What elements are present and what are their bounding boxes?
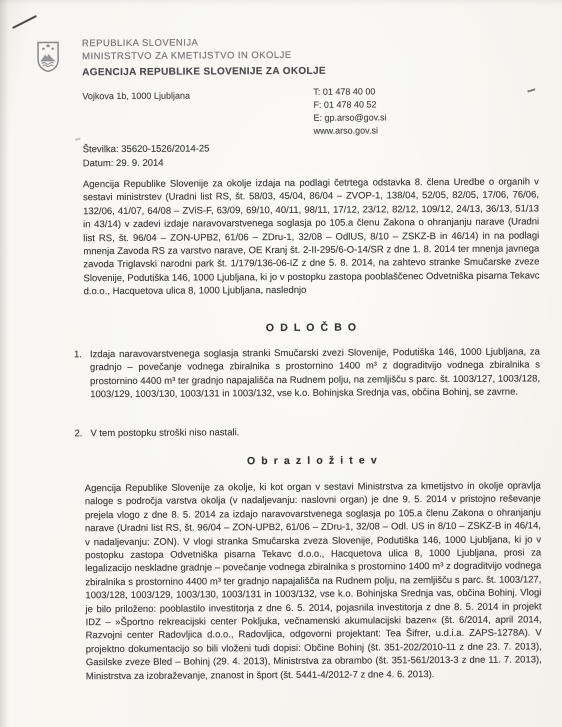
letterhead: REPUBLIKA SLOVENIJA MINISTRSTVO ZA KMETI… — [82, 37, 326, 78]
scanned-document-page: REPUBLIKA SLOVENIJA MINISTRSTVO ZA KMETI… — [0, 0, 562, 727]
contact-fax: F: 01 478 40 52 — [313, 98, 386, 111]
document-date: Datum: 29. 9. 2014 — [83, 156, 210, 170]
explanation-heading: O b r a z l o ž i t e v — [85, 453, 541, 468]
document-content: REPUBLIKA SLOVENIJA MINISTRSTVO ZA KMETI… — [0, 0, 562, 727]
decision-item-1-number: 1. — [74, 348, 90, 402]
decision-item-2-text: V tem postopku stroški niso nastali. — [90, 424, 540, 440]
agency-address: Vojkova 1b, 1000 Ljubljana — [82, 91, 190, 102]
decision-item-1-text: Izdaja naravovarstvenega soglasja strank… — [90, 345, 540, 401]
explanation-paragraph: Agencija Republike Slovenije za okolje, … — [85, 479, 542, 683]
slovenia-coat-of-arms-icon — [35, 40, 61, 72]
document-number: Številka: 35620-1526/2014-25 — [83, 142, 210, 156]
intro-paragraph: Agencija Republike Slovenije za okolje i… — [83, 175, 540, 298]
scan-smudge-artifact — [74, 138, 80, 141]
contact-phone: T: 01 478 40 00 — [313, 85, 386, 98]
decision-item-1: 1. Izdaja naravovarstvenega soglasja str… — [74, 345, 540, 401]
agency-title: AGENCIJA REPUBLIKE SLOVENIJE ZA OKOLJE — [82, 66, 326, 78]
decision-item-2: 2. V tem postopku stroški niso nastali. — [74, 424, 540, 440]
contact-website: www.arso.gov.si — [314, 124, 387, 137]
scan-dash-artifact — [527, 88, 535, 92]
contact-block: T: 01 478 40 00 F: 01 478 40 52 E: gp.ar… — [313, 85, 386, 137]
contact-email: E: gp.arso@gov.si — [313, 111, 386, 124]
ministry-title: MINISTRSTVO ZA KMETIJSTVO IN OKOLJE — [82, 49, 326, 63]
decision-heading: O D L O Č B O — [84, 320, 540, 335]
document-meta: Številka: 35620-1526/2014-25 Datum: 29. … — [83, 142, 210, 170]
decision-item-2-number: 2. — [74, 427, 90, 441]
